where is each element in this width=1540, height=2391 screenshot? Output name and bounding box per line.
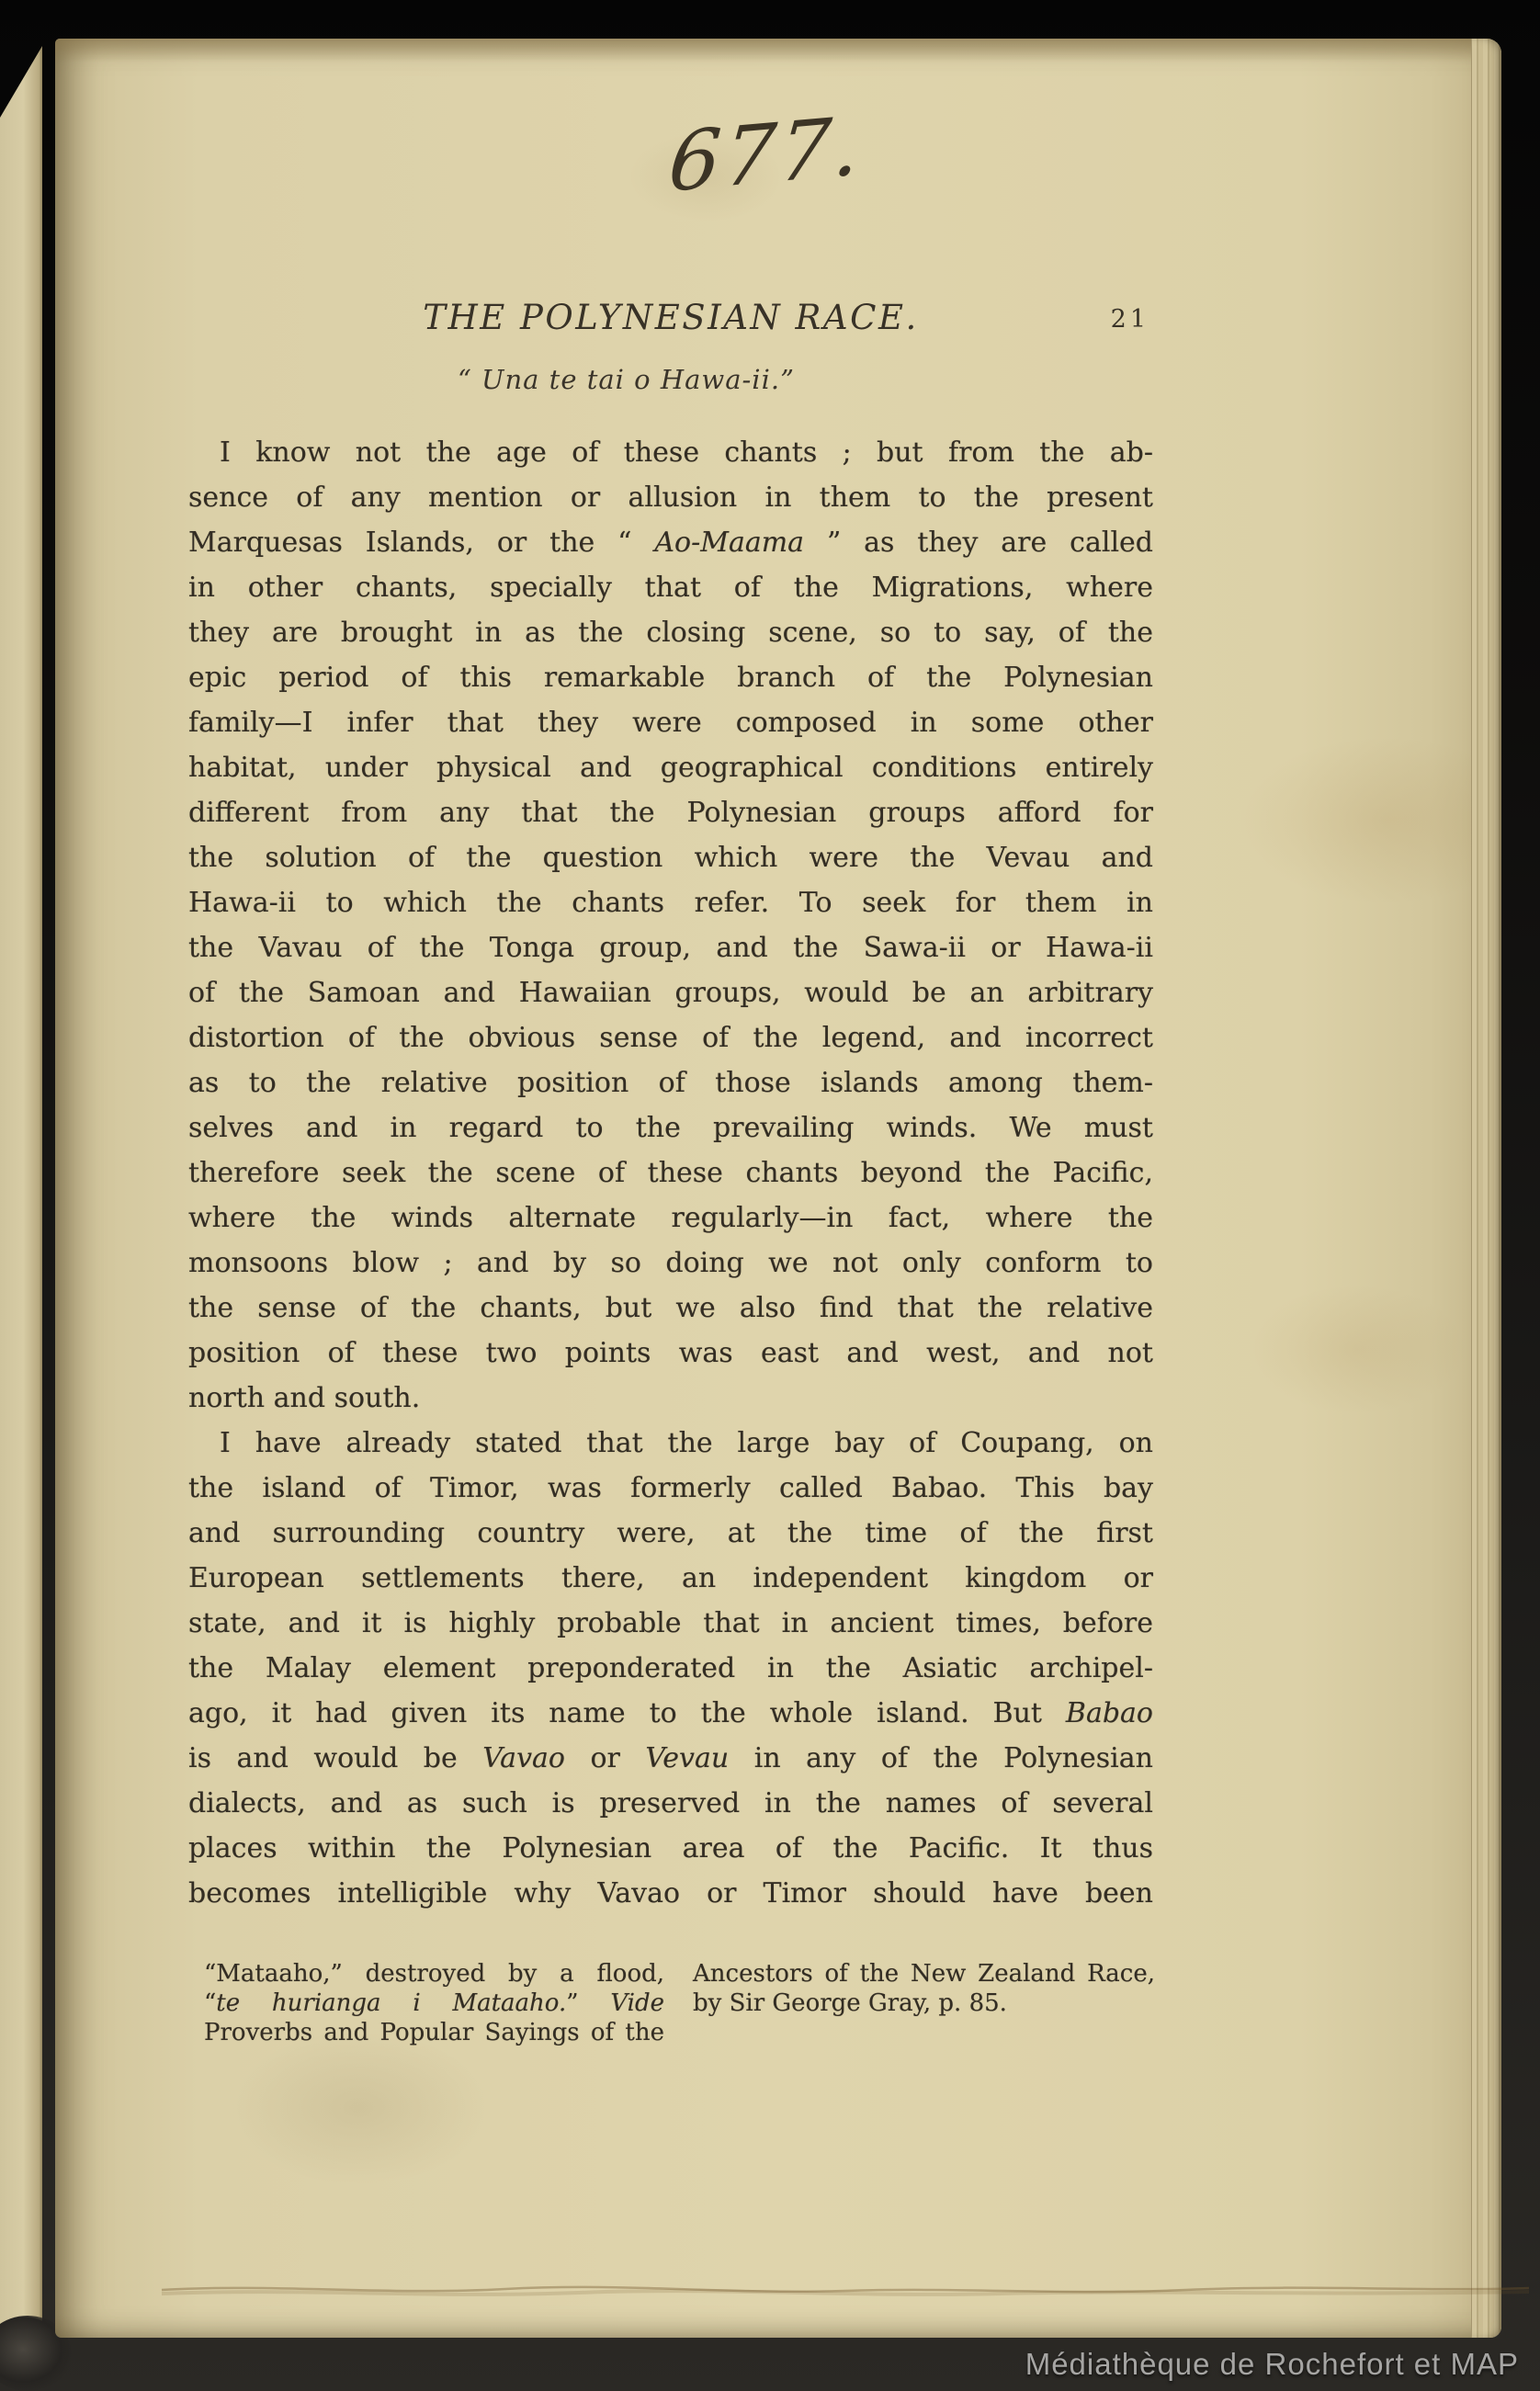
text-line: they are brought in as the closing scene… (188, 610, 1153, 655)
epigraph-quote: “ Una te tai o Hawa-ii.” (458, 364, 795, 395)
text-line: of the Samoan and Hawaiian groups, would… (188, 970, 1153, 1015)
footnote-right-column: Ancestors of the New Zealand Race,by Sir… (693, 1959, 1155, 2047)
library-watermark: Médiathèque de Rochefort et MAP (1025, 2347, 1519, 2382)
paragraph-2: I have already stated that the large bay… (188, 1421, 1153, 1916)
text-line: epic period of this remarkable branch of… (188, 655, 1153, 700)
text-line: “te hurianga i Mataaho.” Vide (204, 1989, 664, 2018)
text-line: state, and it is highly probable that in… (188, 1601, 1153, 1646)
text-line: north and south. (188, 1376, 1153, 1421)
text-line: as to the relative position of those isl… (188, 1060, 1153, 1105)
running-header: THE POLYNESIAN RACE. 21 (188, 298, 1153, 344)
text-line: is and would be Vavao or Vevau in any of… (188, 1736, 1153, 1781)
text-line: family—I infer that they were composed i… (188, 700, 1153, 745)
text-line: ago, it had given its name to the whole … (188, 1691, 1153, 1736)
text-line: becomes intelligible why Vavao or Timor … (188, 1871, 1153, 1916)
text-line: Marquesas Islands, or the “ Ao-Maama ” a… (188, 520, 1153, 565)
text-line: where the winds alternate regularly—in f… (188, 1195, 1153, 1241)
page-edge-deckle (1471, 39, 1501, 2338)
text-line: Hawa-ii to which the chants refer. To se… (188, 880, 1153, 925)
text-line: different from any that the Polynesian g… (188, 790, 1153, 835)
text-line: the Malay element preponderated in the A… (188, 1646, 1153, 1691)
text-line: Proverbs and Popular Sayings of the (204, 2018, 664, 2047)
text-line: by Sir George Gray, p. 85. (693, 1989, 1155, 2018)
scanner-background: 677. THE POLYNESIAN RACE. 21 “ Una te ta… (0, 0, 1540, 2391)
text-line: Ancestors of the New Zealand Race, (693, 1959, 1155, 1989)
text-line: therefore seek the scene of these chants… (188, 1150, 1153, 1195)
text-line: the Vavau of the Tonga group, and the Sa… (188, 925, 1153, 970)
footnote: “Mataaho,” destroyed by a flood,“te huri… (204, 1959, 1155, 2047)
text-line: monsoons blow ; and by so doing we not o… (188, 1241, 1153, 1286)
text-line: and surrounding country were, at the tim… (188, 1511, 1153, 1556)
page-number: 21 (1111, 305, 1149, 334)
underlying-page-edge (0, 46, 42, 2354)
text-line: selves and in regard to the prevailing w… (188, 1105, 1153, 1150)
text-line: I know not the age of these chants ; but… (188, 430, 1153, 475)
book-page: 677. THE POLYNESIAN RACE. 21 “ Una te ta… (55, 39, 1501, 2338)
paragraph-1: I know not the age of these chants ; but… (188, 430, 1153, 1421)
text-line: dialects, and as such is preserved in th… (188, 1781, 1153, 1826)
handwritten-folio-number: 677. (665, 97, 867, 210)
body-text: I know not the age of these chants ; but… (188, 430, 1153, 1916)
text-line: “Mataaho,” destroyed by a flood, (204, 1959, 664, 1989)
text-line: European settlements there, an independe… (188, 1556, 1153, 1601)
running-title: THE POLYNESIAN RACE. (188, 298, 1153, 337)
text-line: the solution of the question which were … (188, 835, 1153, 880)
text-line: position of these two points was east an… (188, 1331, 1153, 1376)
text-line: I have already stated that the large bay… (188, 1421, 1153, 1466)
water-stain-line (156, 2277, 1534, 2305)
footnote-left-column: “Mataaho,” destroyed by a flood,“te huri… (204, 1959, 664, 2047)
text-line: sence of any mention or allusion in them… (188, 475, 1153, 520)
text-line: places within the Polynesian area of the… (188, 1826, 1153, 1871)
text-line: the sense of the chants, but we also fin… (188, 1286, 1153, 1331)
text-line: in other chants, specially that of the M… (188, 565, 1153, 610)
text-line: distortion of the obvious sense of the l… (188, 1015, 1153, 1060)
text-line: the island of Timor, was formerly called… (188, 1466, 1153, 1511)
text-line: habitat, under physical and geographical… (188, 745, 1153, 790)
